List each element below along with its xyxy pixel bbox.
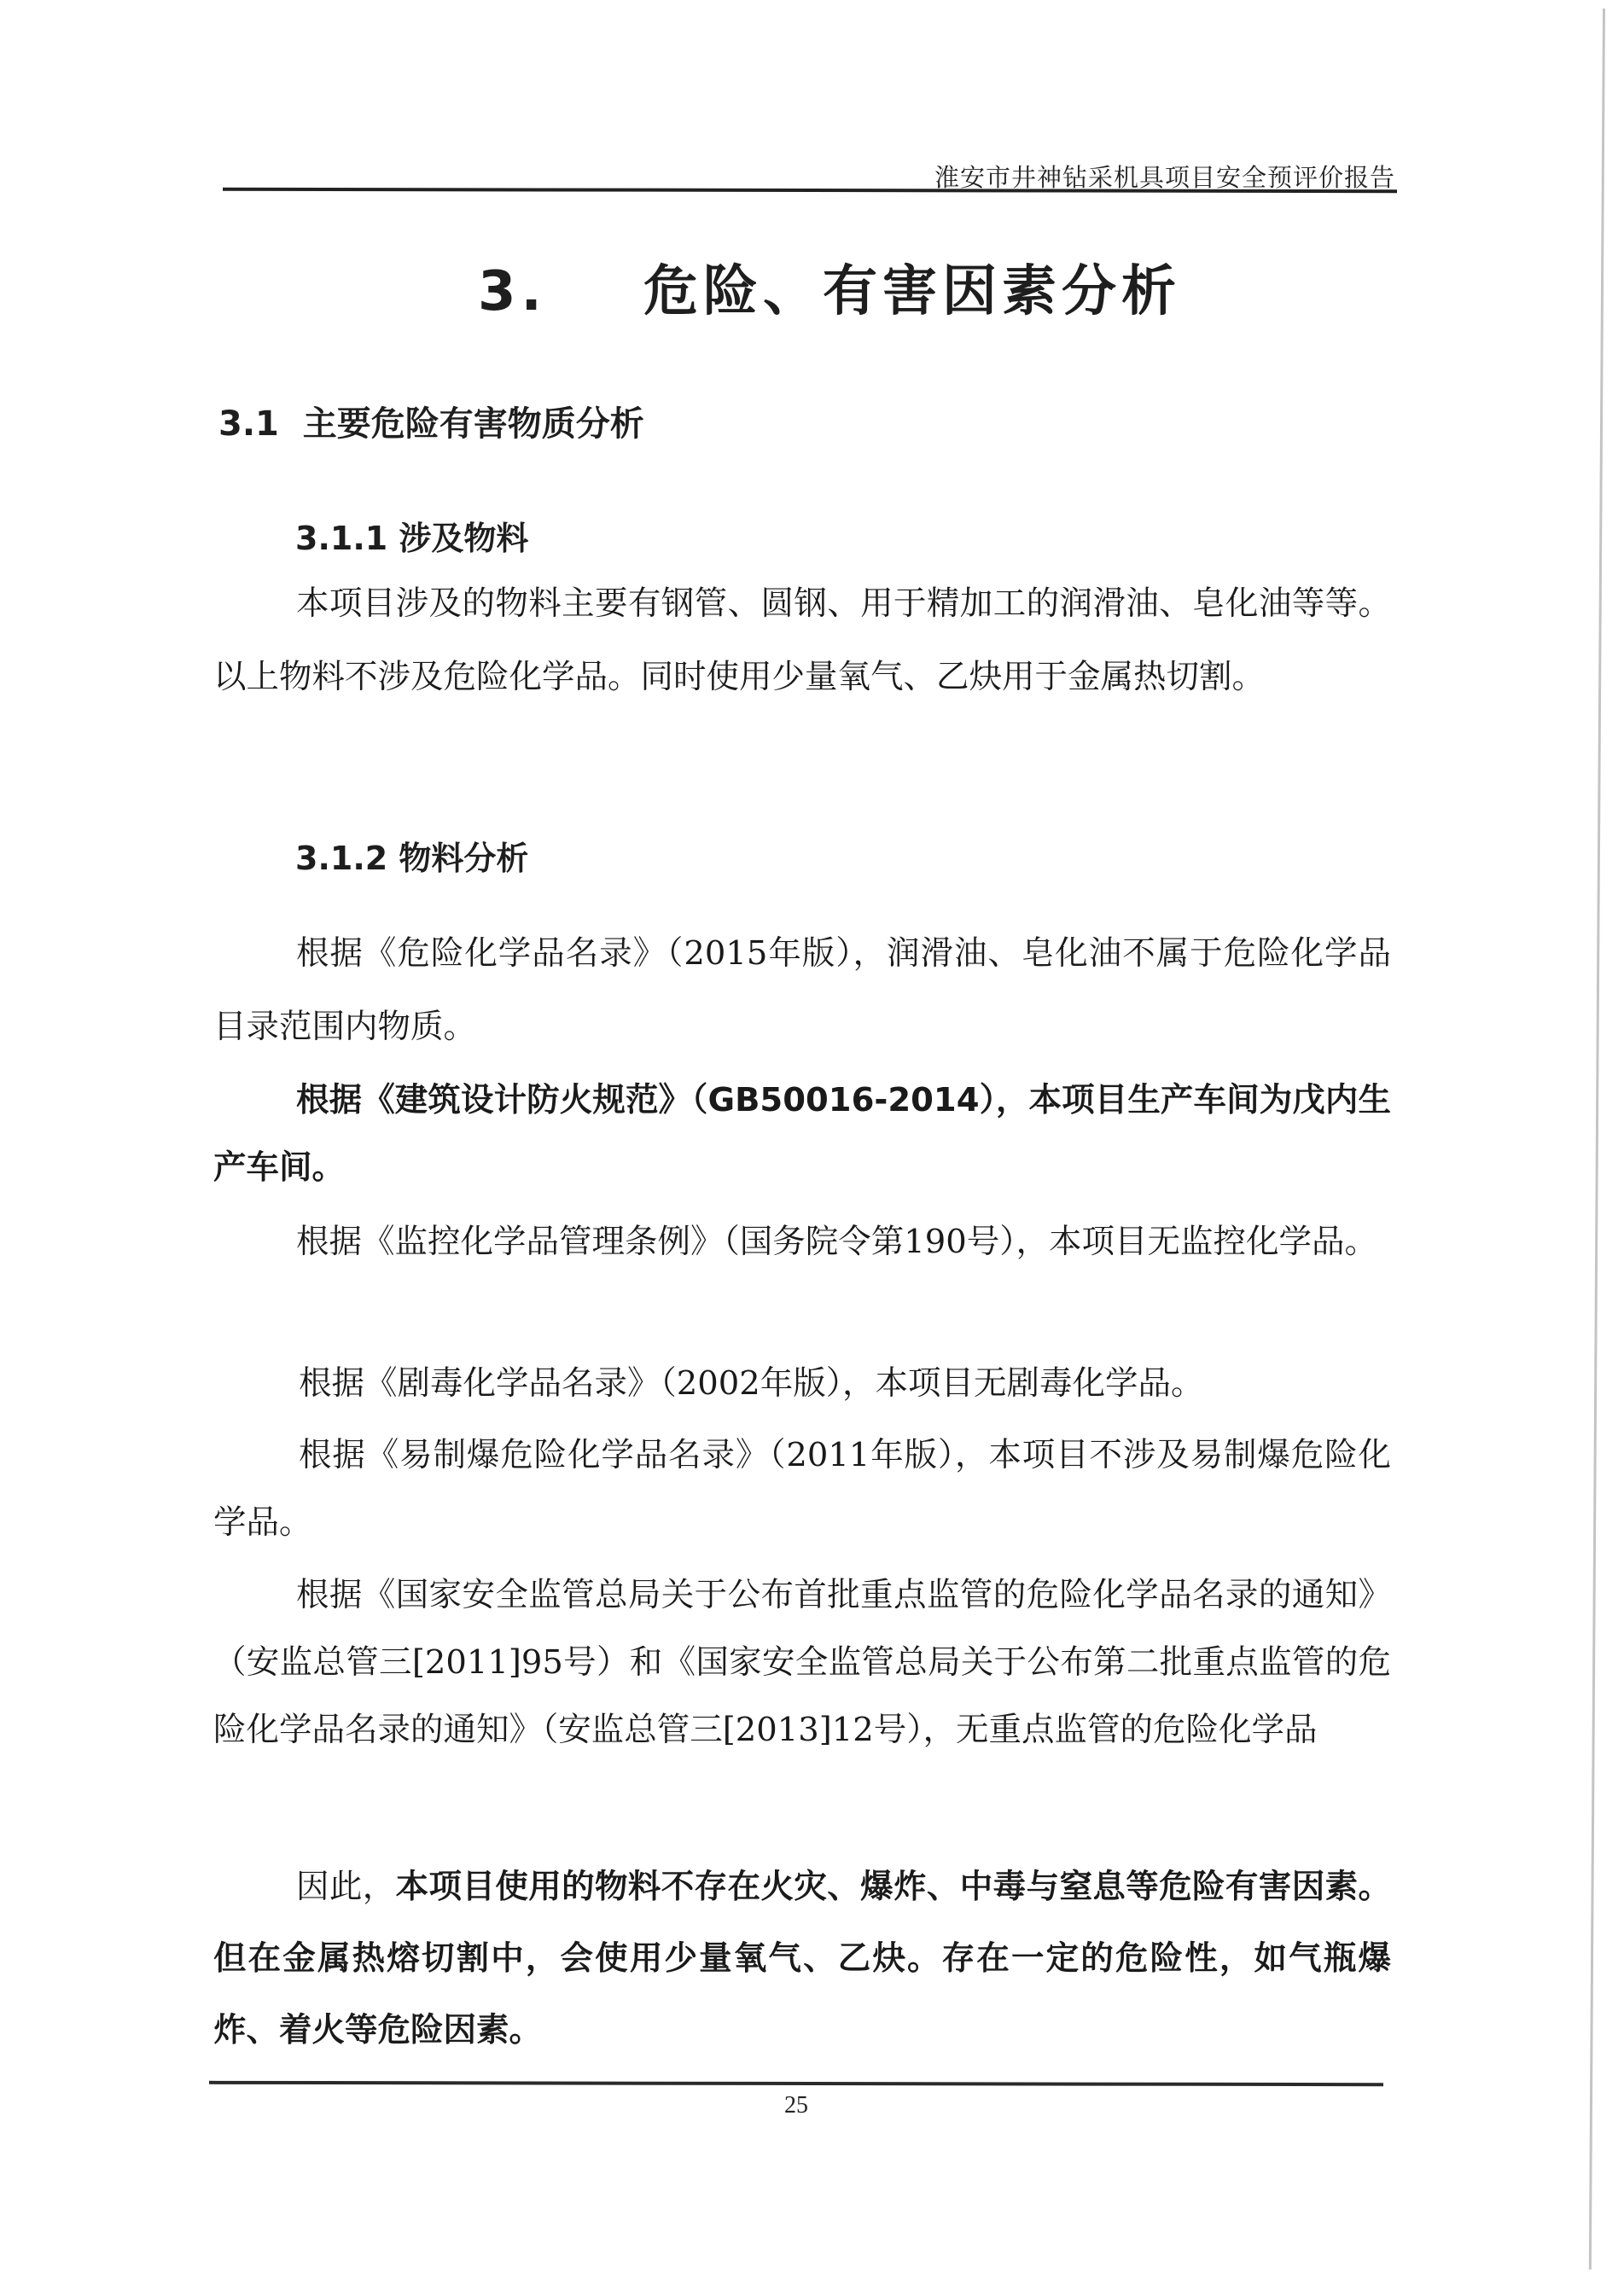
section-heading-3-1-2: 3.1.2 物料分析 <box>295 832 528 879</box>
paragraph-materials: 本项目涉及的物料主要有钢管、圆钢、用于精加工的润滑油、皂化油等等。以上物料不涉及… <box>213 567 1391 714</box>
paragraph-conclusion: 因此，本项目使用的物料不存在火灾、爆炸、中毒与窒息等危险有害因素。但在金属热熔切… <box>213 1851 1391 2066</box>
section-heading-3-1-1: 3.1.1 涉及物料 <box>295 512 528 559</box>
conclusion-lead: 因此， <box>296 1868 396 1906</box>
paragraph-toxic-chemicals: 根据《剧毒化学品名录》（2002年版），本项目无剧毒化学品。 <box>213 1350 1391 1417</box>
footer-divider <box>209 2081 1383 2086</box>
page-number: 25 <box>0 2092 1592 2119</box>
scan-page-edge <box>1589 9 1605 2270</box>
chapter-title: 3. 危险、有害因素分析 <box>478 247 1181 326</box>
paragraph-monitored-chemicals: 根据《监控化学品管理条例》（国务院令第190号），本项目无监控化学品。 <box>213 1208 1391 1276</box>
paragraph-fire-code: 根据《建筑设计防火规范》（GB50016-2014），本项目生产车间为戊内生产车… <box>213 1067 1391 1201</box>
paragraph-explosive-precursors: 根据《易制爆危险化学品名录》（2011年版），本项目不涉及易制爆危险化学品。 <box>213 1421 1391 1556</box>
paragraph-key-supervised-chemicals: 根据《国家安全监管总局关于公布首批重点监管的危险化学品名录的通知》（安监总管三[… <box>213 1561 1391 1764</box>
paragraph-hazardous-chemicals-list: 根据《危险化学品名录》（2015年版），润滑油、皂化油不属于危险化学品目录范围内… <box>213 917 1391 1064</box>
section-heading-3-1: 3.1 主要危险有害物质分析 <box>218 397 644 445</box>
